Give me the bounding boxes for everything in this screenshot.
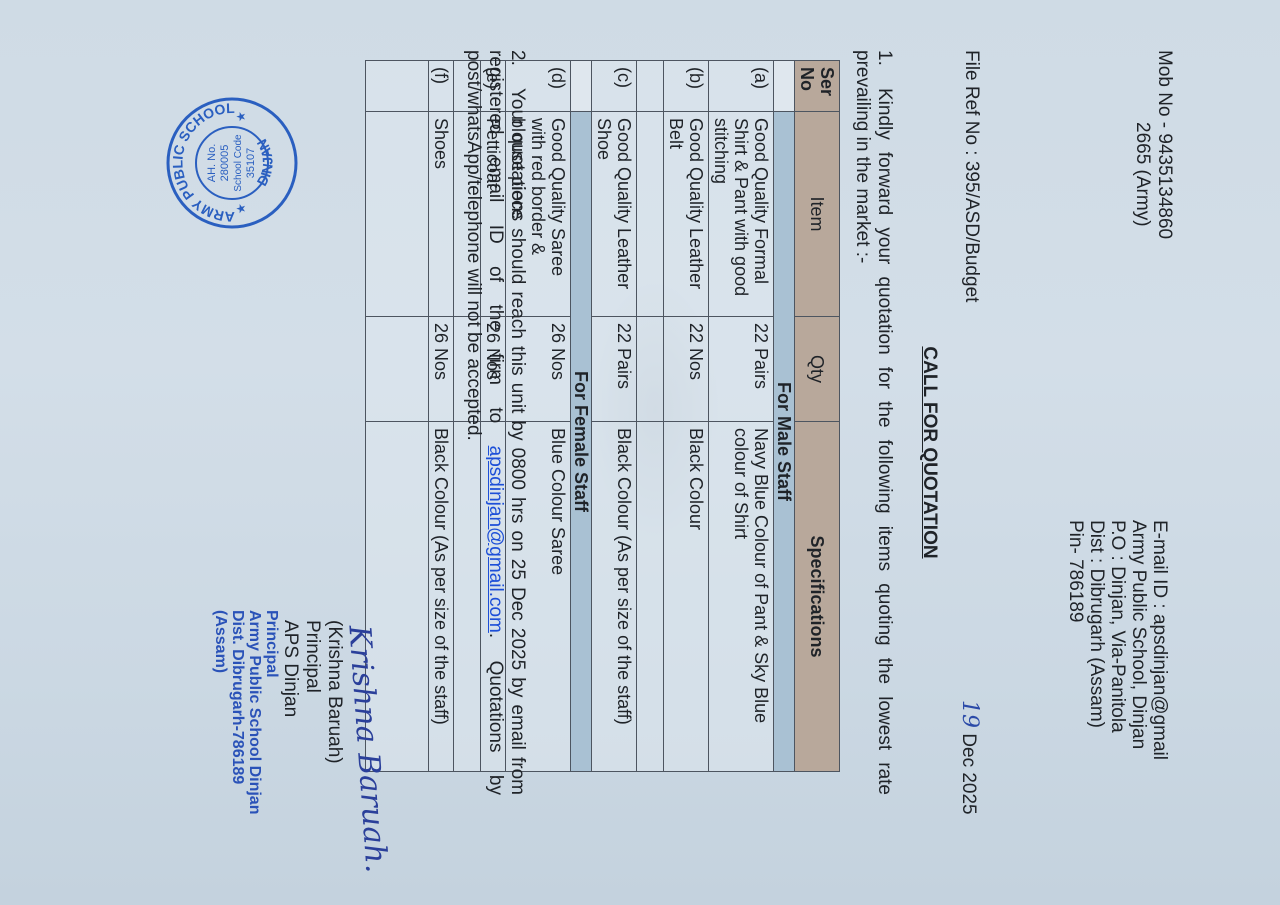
army-extension: 2665 (Army): [1131, 50, 1153, 239]
group-row-female: For Female Staff: [571, 61, 592, 772]
table-row-spacer: [637, 61, 664, 772]
stamp-line: (Assam): [212, 610, 229, 814]
quotation-table: Ser No Item Qty Specifications For Male …: [365, 60, 840, 772]
table-row: (f) Shoes 26 Nos Black Colour (As per si…: [429, 61, 454, 772]
signatory-block: (Krishna Baruah) Principal APS Dinjan: [279, 620, 345, 764]
file-reference: File Ref No : 395/ASD/Budget: [960, 50, 982, 302]
cell-qty: 22 Pairs: [709, 317, 774, 422]
principal-stamp: Principal Army Public School Dinjan Dist…: [212, 610, 280, 814]
cell-item: Good Quality Leather Belt: [664, 112, 709, 317]
address-dist: Dist : Dibrugarh (Assam): [1086, 520, 1107, 760]
svg-text:35107: 35107: [245, 148, 257, 179]
stamp-line: Army Public School Dinjan: [246, 610, 263, 814]
cell-item: Shoes: [429, 112, 454, 317]
group-label: For Male Staff: [774, 112, 795, 772]
stamp-line: Dist. Dibrugarh-786189: [229, 610, 246, 814]
signatory-title: Principal: [301, 620, 323, 764]
cell-qty: 26 Nos: [429, 317, 454, 422]
cell-qty: 22 Pairs: [592, 317, 637, 422]
date-month-year: Dec 2025: [958, 733, 979, 814]
group-label: For Female Staff: [571, 112, 592, 772]
cell-spec: Black Colour: [664, 422, 709, 772]
paragraph-number: 1.: [873, 50, 895, 88]
header-qty: Qty: [795, 317, 840, 422]
stamp-line: Principal: [263, 610, 280, 814]
table-row: (c) Good Quality Leather Shoe 22 Pairs B…: [592, 61, 637, 772]
svg-text:280005: 280005: [219, 145, 231, 182]
cell-ser: (a): [709, 61, 774, 112]
email-link[interactable]: apsdinjan@gmail.com: [485, 446, 506, 633]
mobile-number: Mob No - 9435134860: [1153, 50, 1175, 239]
date-handwritten-day: 19: [957, 700, 982, 728]
address-po: P.O : Dinjan, Via-Panitola: [1107, 520, 1128, 760]
signatory-name: (Krishna Baruah): [323, 620, 345, 764]
header-item: Item: [795, 112, 840, 317]
cell-spec: Black Colour (As per size of the staff): [429, 422, 454, 772]
paragraph-2: 2.Your quotations should reach this unit…: [462, 50, 528, 795]
paragraph-text: Kindly forward your quotation for the fo…: [852, 50, 895, 795]
address-email: E-mail ID : apsdinjan@gmail: [1149, 520, 1170, 760]
svg-text:School Code: School Code: [233, 134, 244, 192]
mobile-number-block: Mob No - 9435134860 2665 (Army): [1131, 50, 1175, 239]
sender-address: E-mail ID : apsdinjan@gmail Army Public …: [1065, 520, 1170, 760]
address-school: Army Public School, Dinjan: [1128, 520, 1149, 760]
svg-text:★: ★: [234, 111, 248, 122]
svg-text:★: ★: [234, 203, 248, 214]
cell-item: Good Quality Leather Shoe: [592, 112, 637, 317]
cell-spec: Black Colour (As per size of the staff): [592, 422, 637, 772]
svg-text:AH. No.: AH. No.: [206, 144, 218, 183]
cell-spec: Navy Blue Colour of Pant & Sky Blue colo…: [709, 422, 774, 772]
document-page: Mob No - 9435134860 2665 (Army) E-mail I…: [0, 0, 1280, 905]
header-specifications: Specifications: [795, 422, 840, 772]
table-row: (b) Good Quality Leather Belt 22 Nos Bla…: [664, 61, 709, 772]
address-pin: Pin- 786189: [1065, 520, 1086, 760]
school-seal-icon: ARMY PUBLIC SCHOOL DINJAN ★ ★ AH. No. 28…: [165, 95, 300, 230]
table-header-row: Ser No Item Qty Specifications: [795, 61, 840, 772]
paragraph-1: 1.Kindly forward your quotation for the …: [851, 50, 895, 795]
table-row: (a) Good Quality Formal Shirt & Pant wit…: [709, 61, 774, 772]
group-row-male: For Male Staff: [774, 61, 795, 772]
cell-item: Good Quality Formal Shirt & Pant with go…: [709, 112, 774, 317]
paragraph-number: 2.: [506, 50, 528, 88]
document-date: 19 Dec 2025: [957, 700, 982, 815]
cell-qty: 22 Nos: [664, 317, 709, 422]
cell-ser: (c): [592, 61, 637, 112]
cell-ser: (b): [664, 61, 709, 112]
page-title: CALL FOR QUOTATION: [918, 0, 940, 905]
cell-ser: (f): [429, 61, 454, 112]
signatory-org: APS Dinjan: [279, 620, 301, 764]
header-ser-no: Ser No: [795, 61, 840, 112]
